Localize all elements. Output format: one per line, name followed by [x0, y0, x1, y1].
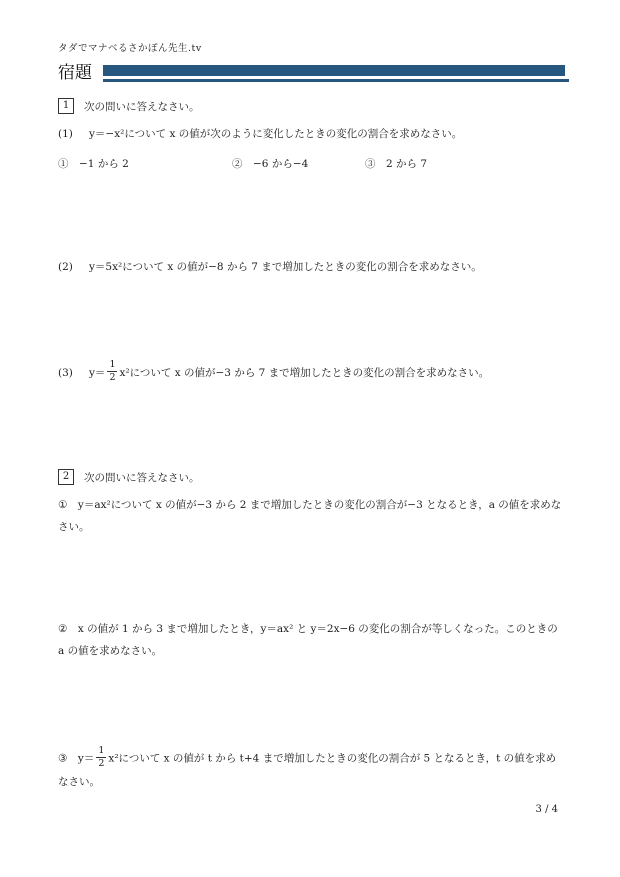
q1-part2-label: (2) [58, 256, 80, 278]
page-title: 宿題 [58, 63, 92, 83]
question2-number-box: 2 [58, 469, 74, 485]
site-header-text: タダでマナベるさかぽん先生.tv [58, 40, 565, 54]
q2-item3-paragraph: ③ y＝12x²について x の値が t から t+4 まで増加したときの変化の… [58, 746, 565, 793]
q1-part3-prefix: y＝ [89, 367, 105, 379]
fraction-numerator: 1 [107, 359, 117, 372]
fraction-one-half: 12 [96, 745, 106, 770]
q2-item2-paragraph: ② x の値が 1 から 3 まで増加したとき，y＝ax² と y＝2x−6 の… [58, 618, 565, 662]
q1-part3-line: (3)y＝12x²について x の値が−3 から 7 まで増加したときの変化の割… [58, 360, 565, 385]
title-row: 宿題 [58, 63, 565, 83]
fraction-numerator: 1 [96, 745, 106, 758]
q1-option-2: ② −6 から−4 [232, 156, 365, 171]
q1-part1-line: (1)y＝−x²について x の値が次のように変化したときの変化の割合を求めなさ… [58, 123, 565, 145]
title-accent-bars [103, 65, 565, 82]
question1-header: 1 次の問いに答えなさい。 [58, 98, 565, 114]
q1-part1-text: y＝−x²について x の値が次のように変化したときの変化の割合を求めなさい。 [89, 128, 462, 140]
q1-part1-label: (1) [58, 123, 80, 145]
question2-intro: 次の問いに答えなさい。 [84, 470, 200, 485]
fraction-denominator: 2 [107, 372, 117, 384]
question1-number-box: 1 [58, 98, 74, 114]
q1-part1-options: ① −1 から 2 ② −6 から−4 ③ 2 から 7 [58, 156, 565, 171]
q1-option-1: ① −1 から 2 [58, 156, 232, 171]
q1-part3-formula: y＝12x²について x の値が−3 から 7 まで増加したときの変化の割合を求… [89, 367, 489, 379]
q2-item1-paragraph: ① y＝ax²について x の値が−3 から 2 まで増加したときの変化の割合が… [58, 494, 565, 538]
q1-part2-text: y＝5x²について x の値が−8 から 7 まで増加したときの変化の割合を求め… [89, 261, 482, 273]
accent-bar-thin [103, 79, 569, 82]
fraction-denominator: 2 [96, 758, 106, 770]
q1-part2-line: (2)y＝5x²について x の値が−8 から 7 まで増加したときの変化の割合… [58, 256, 565, 278]
fraction-one-half: 12 [107, 359, 117, 384]
question2-header: 2 次の問いに答えなさい。 [58, 469, 565, 485]
page-content: タダでマナベるさかぽん先生.tv 宿題 1 次の問いに答えなさい。 (1)y＝−… [0, 0, 620, 793]
page-number: 3 / 4 [536, 804, 558, 815]
accent-bar-thick [103, 65, 565, 76]
q1-option-3: ③ 2 から 7 [365, 156, 565, 171]
q1-part3-suffix: x²について x の値が−3 から 7 まで増加したときの変化の割合を求めなさい… [119, 367, 489, 379]
q1-part3-label: (3) [58, 362, 80, 384]
q2-item3-prefix: ③ y＝ [58, 753, 94, 765]
q2-item3-suffix: x²について x の値が t から t+4 まで増加したときの変化の割合が 5 … [58, 753, 556, 788]
worksheet-page: タダでマナベるさかぽん先生.tv 宿題 1 次の問いに答えなさい。 (1)y＝−… [0, 0, 620, 877]
question1-intro: 次の問いに答えなさい。 [84, 99, 200, 114]
